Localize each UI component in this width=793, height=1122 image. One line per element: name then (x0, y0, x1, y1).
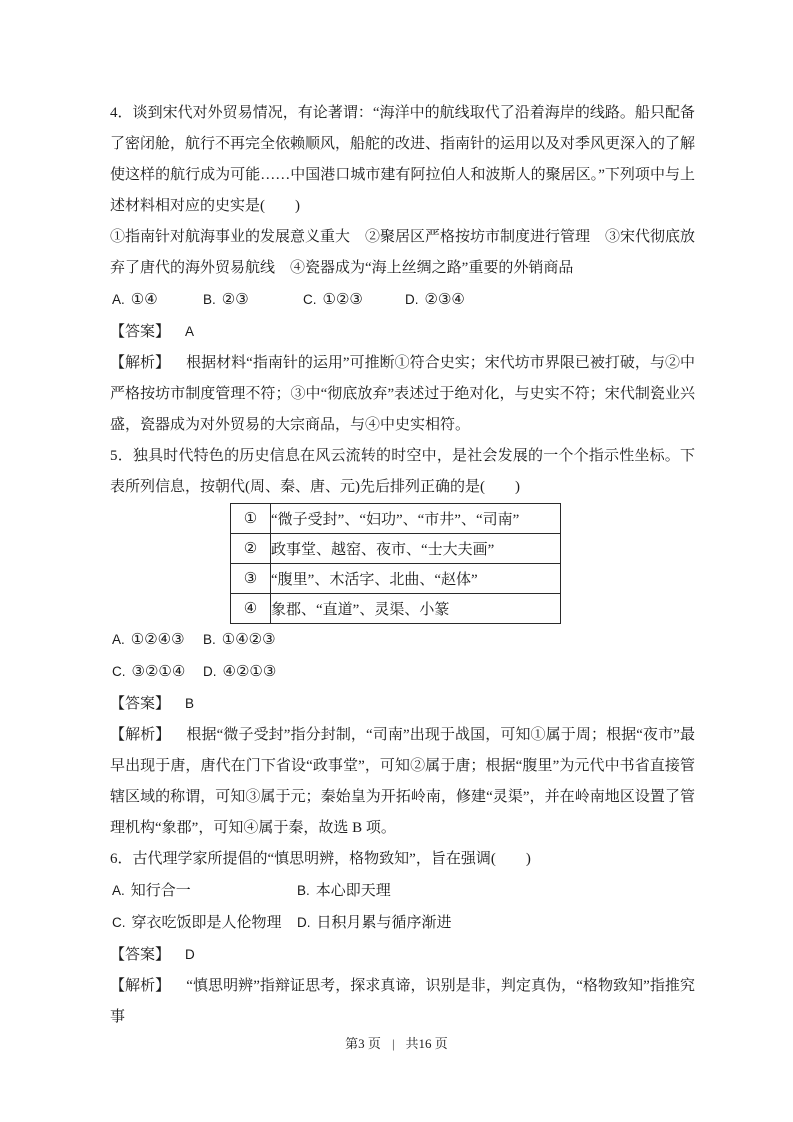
answer-tag: 【答案】 (110, 324, 170, 340)
question-4-analysis: 【解析】根据材料“指南针的运用”可推断①符合史实；宋代坊市界限已被打破，与②中严… (110, 348, 695, 441)
page-number: 第3 页 (345, 1036, 381, 1051)
table-row-2: ② 政事堂、越窑、夜市、“士大夫画” (231, 534, 561, 564)
option-c-text: 穿衣吃饭即是人伦物理 (132, 915, 282, 931)
question-6-answer-line: 【答案】D (110, 939, 697, 971)
question-5-stem: 5．独具时代特色的历史信息在风云流转的时空中，是社会发展的一个个指示性坐标。下表… (110, 441, 695, 503)
question-4-items: ①指南针对航海事业的发展意义重大 ②聚居区严格按坊市制度进行管理 ③宋代彻底放弃… (110, 222, 695, 284)
option-c-label: C. (303, 292, 317, 307)
analysis-tag: 【解析】 (110, 355, 170, 371)
answer-tag: 【答案】 (110, 947, 170, 963)
option-a-text: ①②④③ (131, 632, 185, 648)
question-6-option-b: B.本心即天理 (297, 875, 391, 907)
option-b-text: ①④②③ (222, 632, 276, 648)
option-a-text: ①④ (131, 292, 158, 308)
analysis-tag: 【解析】 (110, 727, 170, 743)
document-page: 4．谈到宋代对外贸易情况，有论著谓：“海洋中的航线取代了沿着海岸的线路。船只配备… (0, 0, 793, 1122)
option-c-label: C. (112, 915, 126, 930)
question-5-analysis: 【解析】根据“微子受封”指分封制，“司南”出现于战国，可知①属于周；根据“夜市”… (110, 720, 695, 844)
row-1-number: ① (231, 504, 271, 534)
option-a-label: A. (112, 883, 125, 898)
option-d-label: D. (405, 292, 419, 307)
question-4-option-b: B.②③ (203, 284, 303, 316)
question-5-option-d: D.④②①③ (203, 656, 276, 688)
option-d-label: D. (203, 664, 217, 679)
row-1-content: “微子受封”、“妇功”、“市井”、“司南” (271, 504, 561, 534)
question-5-option-c: C.③②①④ (112, 656, 203, 688)
option-d-text: 日积月累与循序渐进 (317, 915, 452, 931)
option-c-label: C. (112, 664, 126, 679)
question-5-answer-value: B (185, 696, 194, 711)
question-6-analysis: 【解析】“慎思明辨”指辩证思考，探求真谛，识别是非，判定真伪，“格物致知”指推究… (110, 971, 695, 1033)
option-d-label: D. (297, 915, 311, 930)
question-4-option-a: A.①④ (112, 284, 203, 316)
option-c-text: ③②①④ (132, 664, 186, 680)
option-d-text: ②③④ (425, 292, 465, 308)
question-4-options: A.①④B.②③C.①②③D.②③④ (110, 284, 695, 316)
row-3-content: “腹里”、木活字、北曲、“赵体” (271, 564, 561, 594)
option-b-label: B. (203, 292, 216, 307)
question-6-stem: 6．古代理学家所提倡的“慎思明辨，格物致知”，旨在强调( ) (110, 844, 695, 875)
question-6-answer-value: D (185, 947, 195, 962)
option-a-text: 知行合一 (131, 883, 191, 899)
footer-separator: | (392, 1036, 395, 1051)
row-2-content: 政事堂、越窑、夜市、“士大夫画” (271, 534, 561, 564)
question-6-options-row-2: C.穿衣吃饭即是人伦物理D.日积月累与循序渐进 (110, 907, 695, 939)
question-4-option-d: D.②③④ (405, 284, 465, 316)
question-6-option-a: A.知行合一 (112, 875, 297, 907)
page-footer: 第3 页|共16 页 (0, 1033, 793, 1052)
question-6-option-d: D.日积月累与循序渐进 (297, 907, 452, 939)
row-4-content: 象郡、“直道”、灵渠、小篆 (271, 594, 561, 624)
option-c-text: ①②③ (323, 292, 363, 308)
table-row-4: ④ 象郡、“直道”、灵渠、小篆 (231, 594, 561, 624)
question-4-analysis-text: 根据材料“指南针的运用”可推断①符合史实；宋代坊市界限已被打破，与②中严格按坊市… (110, 355, 695, 433)
question-6-option-c: C.穿衣吃饭即是人伦物理 (112, 907, 297, 939)
row-4-number: ④ (231, 594, 271, 624)
option-d-text: ④②①③ (223, 664, 277, 680)
answer-tag: 【答案】 (110, 696, 170, 712)
question-5-answer-line: 【答案】B (110, 688, 697, 720)
option-a-label: A. (112, 632, 125, 647)
option-b-text: 本心即天理 (316, 883, 391, 899)
row-3-number: ③ (231, 564, 271, 594)
question-5-options-row-2: C.③②①④D.④②①③ (110, 656, 695, 688)
question-4-stem: 4．谈到宋代对外贸易情况，有论著谓：“海洋中的航线取代了沿着海岸的线路。船只配备… (110, 98, 695, 222)
question-6-options-row-1: A.知行合一B.本心即天理 (110, 875, 695, 907)
row-2-number: ② (231, 534, 271, 564)
question-4-answer-line: 【答案】A (110, 316, 697, 348)
option-b-label: B. (203, 632, 216, 647)
question-5-options-row-1: A.①②④③B.①④②③ (110, 624, 695, 656)
question-5-option-b: B.①④②③ (203, 624, 276, 656)
question-4-option-c: C.①②③ (303, 284, 405, 316)
option-b-text: ②③ (222, 292, 249, 308)
total-pages: 共16 页 (406, 1036, 448, 1051)
question-5-analysis-text: 根据“微子受封”指分封制，“司南”出现于战国，可知①属于周；根据“夜市”最早出现… (110, 727, 695, 836)
question-5-option-a: A.①②④③ (112, 624, 203, 656)
analysis-tag: 【解析】 (110, 978, 170, 994)
table-row-1: ① “微子受封”、“妇功”、“市井”、“司南” (231, 504, 561, 534)
question-6-analysis-text: “慎思明辨”指辩证思考，探求真谛，识别是非，判定真伪，“格物致知”指推究事 (110, 978, 695, 1025)
dynasty-info-table: ① “微子受封”、“妇功”、“市井”、“司南” ② 政事堂、越窑、夜市、“士大夫… (230, 503, 561, 624)
option-b-label: B. (297, 883, 310, 898)
question-4-answer-value: A (185, 324, 194, 339)
option-a-label: A. (112, 292, 125, 307)
table-row-3: ③ “腹里”、木活字、北曲、“赵体” (231, 564, 561, 594)
